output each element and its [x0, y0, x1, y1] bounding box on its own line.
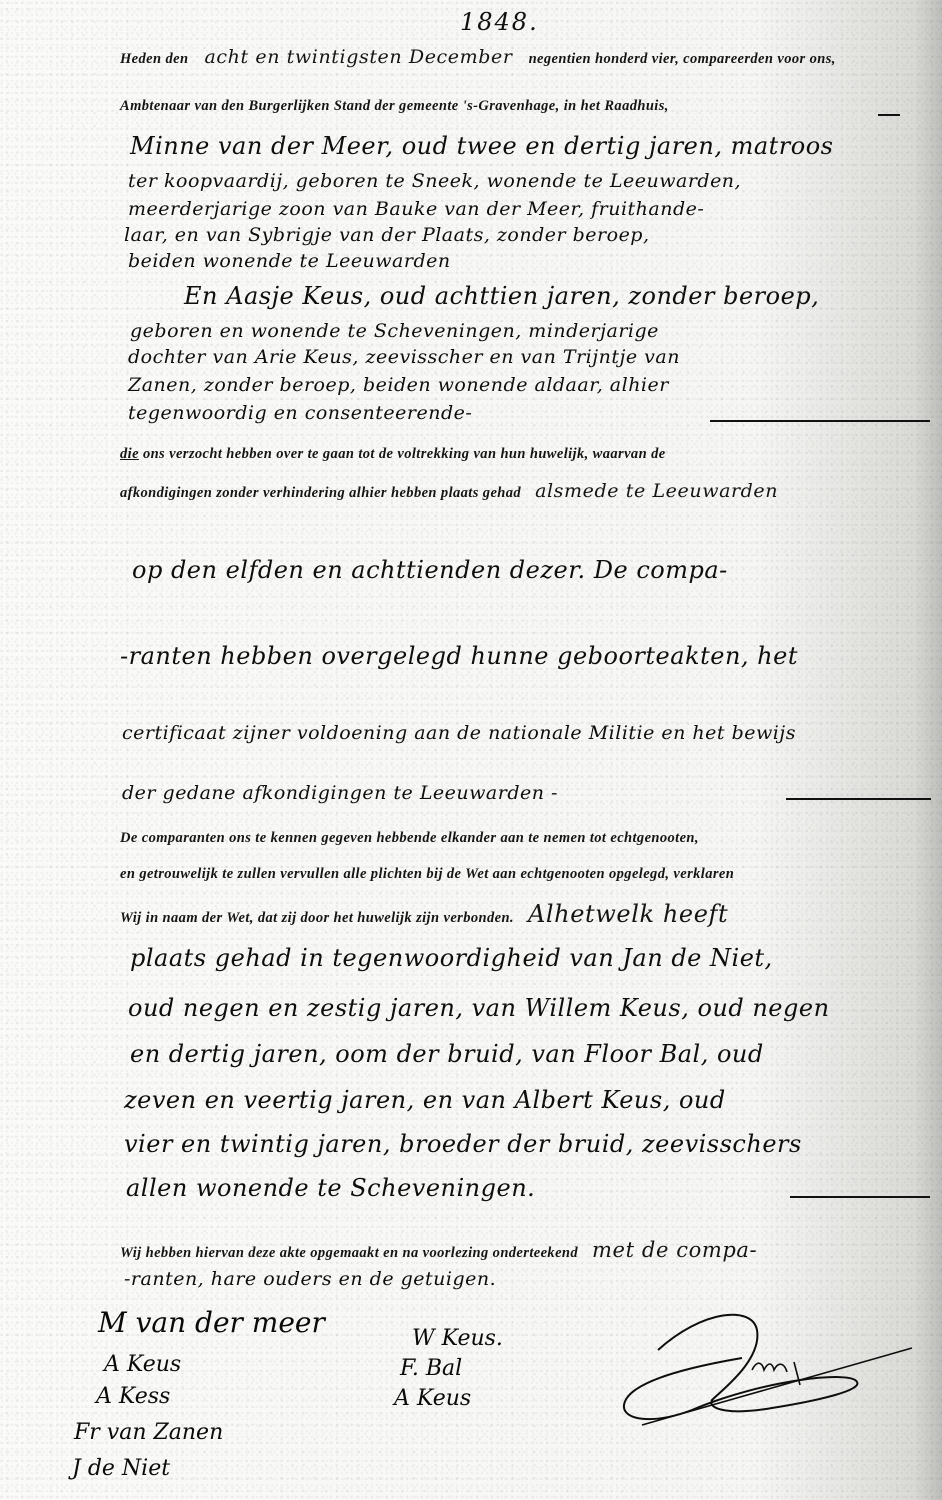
- fill-dash: [790, 1196, 930, 1198]
- signature-groom: M van der meer: [98, 1306, 325, 1339]
- witness-line: zeven en veertig jaren, en van Albert Ke…: [124, 1086, 726, 1114]
- signature: Fr van Zanen: [74, 1420, 223, 1445]
- signature: W Keus.: [412, 1326, 503, 1351]
- signature-flourish-icon: [612, 1300, 932, 1430]
- witness-line: allen wonende te Scheveningen.: [126, 1174, 535, 1202]
- body-line: op den elfden en achttienden dezer. De c…: [132, 556, 728, 584]
- handwritten-also: alsmede te Leeuwarden: [535, 480, 778, 502]
- witness-line: en dertig jaren, oom der bruid, van Floo…: [130, 1040, 764, 1068]
- witness-line: vier en twintig jaren, broeder der bruid…: [124, 1130, 802, 1158]
- scanned-certificate-page: 1848. Heden den acht en twintigsten Dece…: [0, 0, 942, 1500]
- closing-line: -ranten, hare ouders en de getuigen.: [124, 1268, 496, 1290]
- body-line: -ranten hebben overgelegd hunne geboorte…: [120, 642, 798, 670]
- groom-line: beiden wonende te Leeuwarden: [128, 250, 451, 272]
- printed-line-opening: Heden den acht en twintigsten December n…: [120, 46, 836, 68]
- fill-dash: [786, 798, 931, 800]
- witness-line: oud negen en zestig jaren, van Willem Ke…: [128, 994, 830, 1022]
- witness-line: plaats gehad in tegenwoordigheid van Jan…: [130, 944, 773, 972]
- groom-line: ter koopvaardij, geboren te Sneek, wonen…: [128, 170, 741, 192]
- fill-dash: [878, 114, 900, 116]
- handwritten-witness-start: Alhetwelk heeft: [528, 900, 728, 928]
- groom-line: laar, en van Sybrigje van der Plaats, zo…: [124, 224, 650, 246]
- printed-line-closing: Wij hebben hiervan deze akte opgemaakt e…: [120, 1238, 757, 1262]
- handwritten-closing: met de compa-: [592, 1238, 757, 1262]
- groom-line: meerderjarige zoon van Bauke van der Mee…: [128, 198, 704, 220]
- printed-line-request: die ons verzocht hebben over te gaan tot…: [120, 446, 666, 463]
- year-annotation: 1848.: [460, 8, 539, 36]
- signature: J de Niet: [72, 1456, 170, 1481]
- body-line: certificaat zijner voldoening aan de nat…: [122, 722, 796, 744]
- bride-line: Zanen, zonder beroep, beiden wonende ald…: [128, 374, 669, 396]
- printed-line-ambtenaar: Ambtenaar van den Burgerlijken Stand der…: [120, 98, 669, 115]
- signature: F. Bal: [400, 1356, 462, 1381]
- printed-line-declaration-3: Wij in naam der Wet, dat zij door het hu…: [120, 900, 728, 928]
- fill-dash: [710, 420, 930, 422]
- bride-line: geboren en wonende te Scheveningen, mind…: [130, 320, 659, 342]
- printed-line-declaration-2: en getrouwelijk te zullen vervullen alle…: [120, 866, 734, 883]
- signature: A Keus: [394, 1386, 471, 1411]
- body-line: der gedane afkondigingen te Leeuwarden -: [122, 782, 558, 804]
- bride-line: tegenwoordig en consenteerende-: [128, 402, 472, 424]
- signature: A Kess: [96, 1384, 170, 1409]
- bride-line: dochter van Arie Keus, zeevisscher en va…: [128, 346, 680, 368]
- handwritten-date: acht en twintigsten December: [204, 46, 512, 68]
- groom-line: Minne van der Meer, oud twee en dertig j…: [130, 132, 834, 160]
- printed-line-afkondigingen: afkondigingen zonder verhindering alhier…: [120, 480, 778, 502]
- registrar-signature: Jonnij: [612, 1300, 932, 1430]
- signature: A Keus: [104, 1352, 181, 1377]
- bride-line: En Aasje Keus, oud achttien jaren, zonde…: [184, 282, 819, 310]
- printed-line-declaration-1: De comparanten ons te kennen gegeven heb…: [120, 830, 699, 847]
